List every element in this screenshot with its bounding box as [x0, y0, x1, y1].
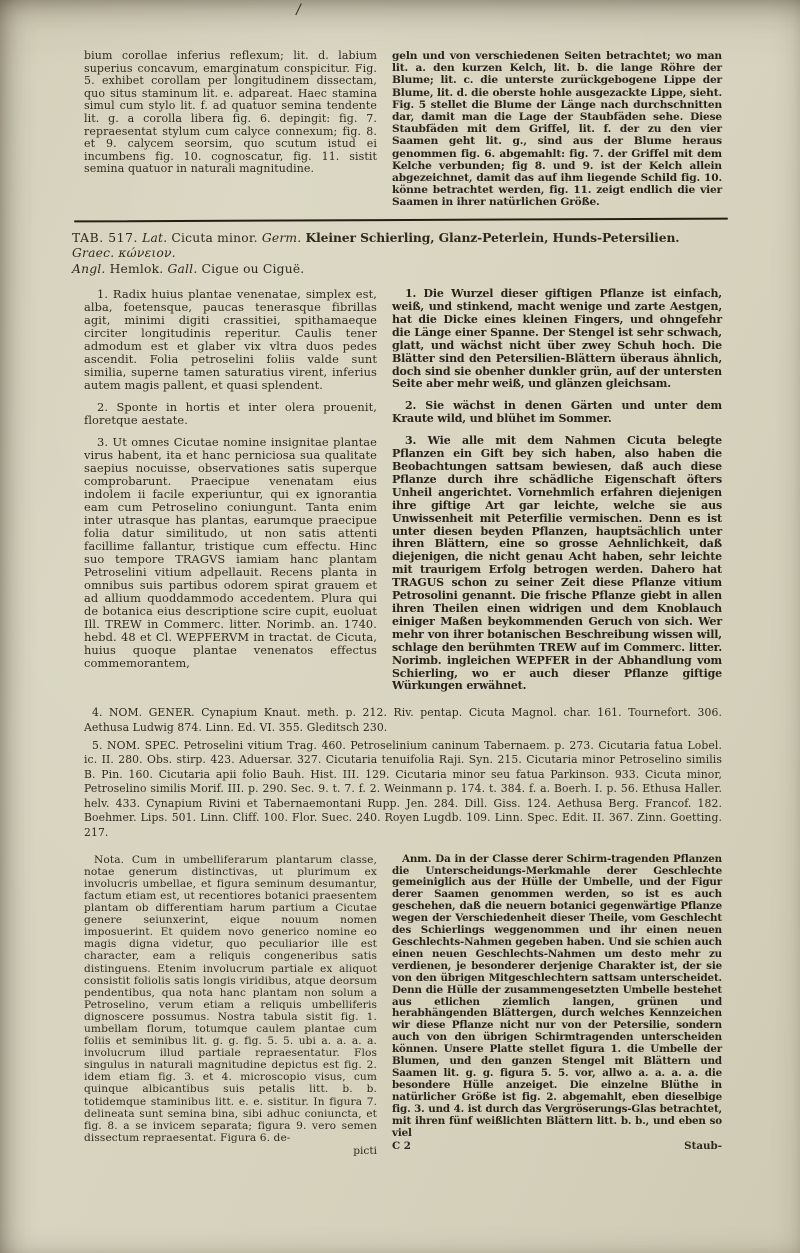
latin-paragraph-3: 3. Ut omnes Cicutae nomine insignitae pl…: [84, 436, 377, 670]
top-german-continuation: geln und von verschiedenen Seiten betrac…: [392, 50, 722, 209]
nota-latin-column: Nota. Cum in umbelliferarum plantarum cl…: [84, 854, 377, 1157]
nota-latin-text: Nota. Cum in umbelliferarum plantarum cl…: [84, 854, 377, 1144]
horizontal-divider-rule: [74, 217, 728, 222]
nomenclature-section: 4. NOM. GENER. Cynapium Knaut. meth. p. …: [84, 706, 722, 840]
german-name: Kleiner Schierling, Glanz-Peterlein, Hun…: [306, 230, 680, 245]
german-label: Germ.: [262, 231, 302, 245]
latin-catchword-line: picti: [84, 1145, 377, 1157]
nota-german-column: Anm. Da in der Classe derer Schirm-trage…: [392, 854, 722, 1157]
german-paragraph-1: 1. Die Wurzel dieser giftigen Pflanze is…: [392, 288, 722, 391]
german-column: 1. Die Wurzel dieser giftigen Pflanze is…: [392, 288, 722, 693]
greek-name: κώνειον.: [118, 246, 175, 260]
nomen-specificum: 5. NOM. SPEC. Petroselini vitium Trag. 4…: [84, 739, 722, 841]
latin-column: 1. Radix huius plantae venenatae, simple…: [84, 288, 377, 693]
latin-paragraph-2: 2. Sponte in hortis et inter olera proue…: [84, 401, 377, 427]
english-name: Hemlok.: [110, 262, 164, 276]
nota-german-text: Anm. Da in der Classe derer Schirm-trage…: [392, 854, 722, 1140]
top-latin-continuation: bium corollae inferius reflexum; lit. d.…: [84, 50, 377, 209]
latin-catchword: picti: [353, 1145, 377, 1157]
french-label: Gall.: [168, 262, 198, 276]
german-paragraph-3: 3. Wie alle mit dem Nahmen Cicuta belegt…: [392, 435, 722, 693]
description-section: 1. Radix huius plantae venenatae, simple…: [84, 288, 722, 693]
german-paragraph-2: 2. Sie wächst in denen Gärten und unter …: [392, 400, 722, 426]
german-catchword: Staub-: [684, 1140, 722, 1152]
english-label: Angl.: [72, 262, 106, 276]
latin-name: Cicuta minor.: [171, 231, 257, 245]
top-continuation-section: bium corollae inferius reflexum; lit. d.…: [84, 50, 722, 209]
signature-mark: C 2: [392, 1140, 411, 1152]
nota-section: Nota. Cum in umbelliferarum plantarum cl…: [84, 854, 722, 1157]
tab-number: TAB. 517.: [72, 231, 138, 245]
plate-heading: TAB. 517. Lat. Cicuta minor. Germ. Klein…: [72, 230, 722, 278]
latin-label: Lat.: [142, 231, 167, 245]
nomen-genericum: 4. NOM. GENER. Cynapium Knaut. meth. p. …: [84, 706, 722, 735]
ink-stray-mark: /: [295, 0, 303, 18]
latin-paragraph-1: 1. Radix huius plantae venenatae, simple…: [84, 288, 377, 392]
greek-label: Graec.: [72, 246, 114, 260]
german-catchword-line: C 2 Staub-: [392, 1140, 722, 1152]
french-name: Cigue ou Ciguë.: [202, 262, 305, 276]
book-page: / bium corollae inferius reflexum; lit. …: [0, 0, 800, 1253]
